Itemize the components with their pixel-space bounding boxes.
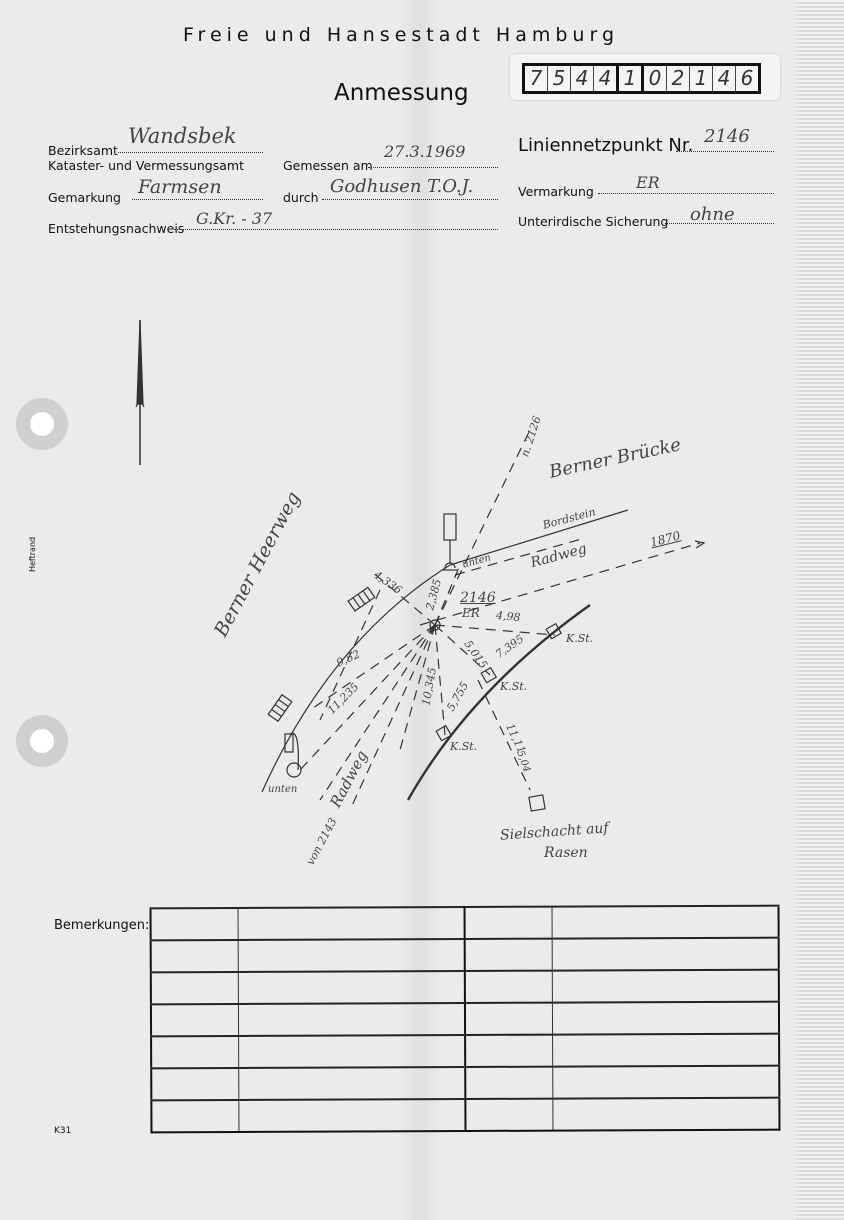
remarks-cell[interactable] — [465, 1067, 553, 1099]
remarks-row — [151, 1002, 779, 1037]
kst-label-3: K.St. — [450, 740, 477, 753]
remarks-cell[interactable] — [552, 906, 778, 939]
remarks-cell[interactable] — [465, 939, 553, 971]
remarks-cell[interactable] — [553, 970, 779, 1003]
remarks-cell[interactable] — [151, 908, 239, 940]
form-code: K31 — [54, 1126, 71, 1136]
kst-label-2: K.St. — [500, 680, 527, 693]
remarks-cell[interactable] — [465, 1035, 553, 1067]
remarks-row — [151, 938, 779, 973]
remarks-label: Bemerkungen: — [54, 918, 149, 933]
remarks-cell[interactable] — [239, 1003, 465, 1036]
remarks-cell[interactable] — [239, 1099, 465, 1132]
remarks-cell[interactable] — [553, 1066, 779, 1099]
unten-label-lower: unten — [268, 784, 297, 795]
remarks-cell[interactable] — [151, 972, 239, 1004]
remarks-row — [151, 1066, 779, 1101]
rasen-label: Rasen — [544, 845, 588, 861]
remarks-cell[interactable] — [553, 938, 779, 971]
remarks-cell[interactable] — [238, 907, 464, 940]
remarks-row — [151, 1034, 779, 1069]
remarks-cell[interactable] — [239, 971, 465, 1004]
remarks-cell[interactable] — [151, 1100, 239, 1132]
remarks-cell[interactable] — [464, 907, 552, 939]
remarks-cell[interactable] — [465, 1099, 553, 1131]
measurement-label: 4,98 — [495, 609, 521, 624]
remarks-cell[interactable] — [465, 1003, 553, 1035]
north-arrow-icon — [136, 320, 144, 465]
remarks-row — [151, 1098, 779, 1133]
remarks-table — [150, 905, 781, 1134]
remarks-cell[interactable] — [465, 971, 553, 1003]
remarks-cell[interactable] — [553, 1098, 779, 1131]
kst-label-1: K.St. — [566, 632, 593, 645]
remarks-cell[interactable] — [151, 1036, 239, 1068]
remarks-row — [151, 906, 779, 941]
remarks-cell[interactable] — [239, 939, 465, 972]
point-mark-label: ER — [462, 606, 480, 620]
remarks-cell[interactable] — [151, 1004, 239, 1036]
remarks-cell[interactable] — [239, 1067, 465, 1100]
remarks-cell[interactable] — [553, 1002, 779, 1035]
point-number-label: 2146 — [460, 590, 496, 606]
remarks-cell[interactable] — [239, 1035, 465, 1068]
remarks-cell[interactable] — [553, 1034, 779, 1067]
remarks-cell[interactable] — [151, 940, 239, 972]
remarks-row — [151, 970, 779, 1005]
remarks-cell[interactable] — [151, 1068, 239, 1100]
